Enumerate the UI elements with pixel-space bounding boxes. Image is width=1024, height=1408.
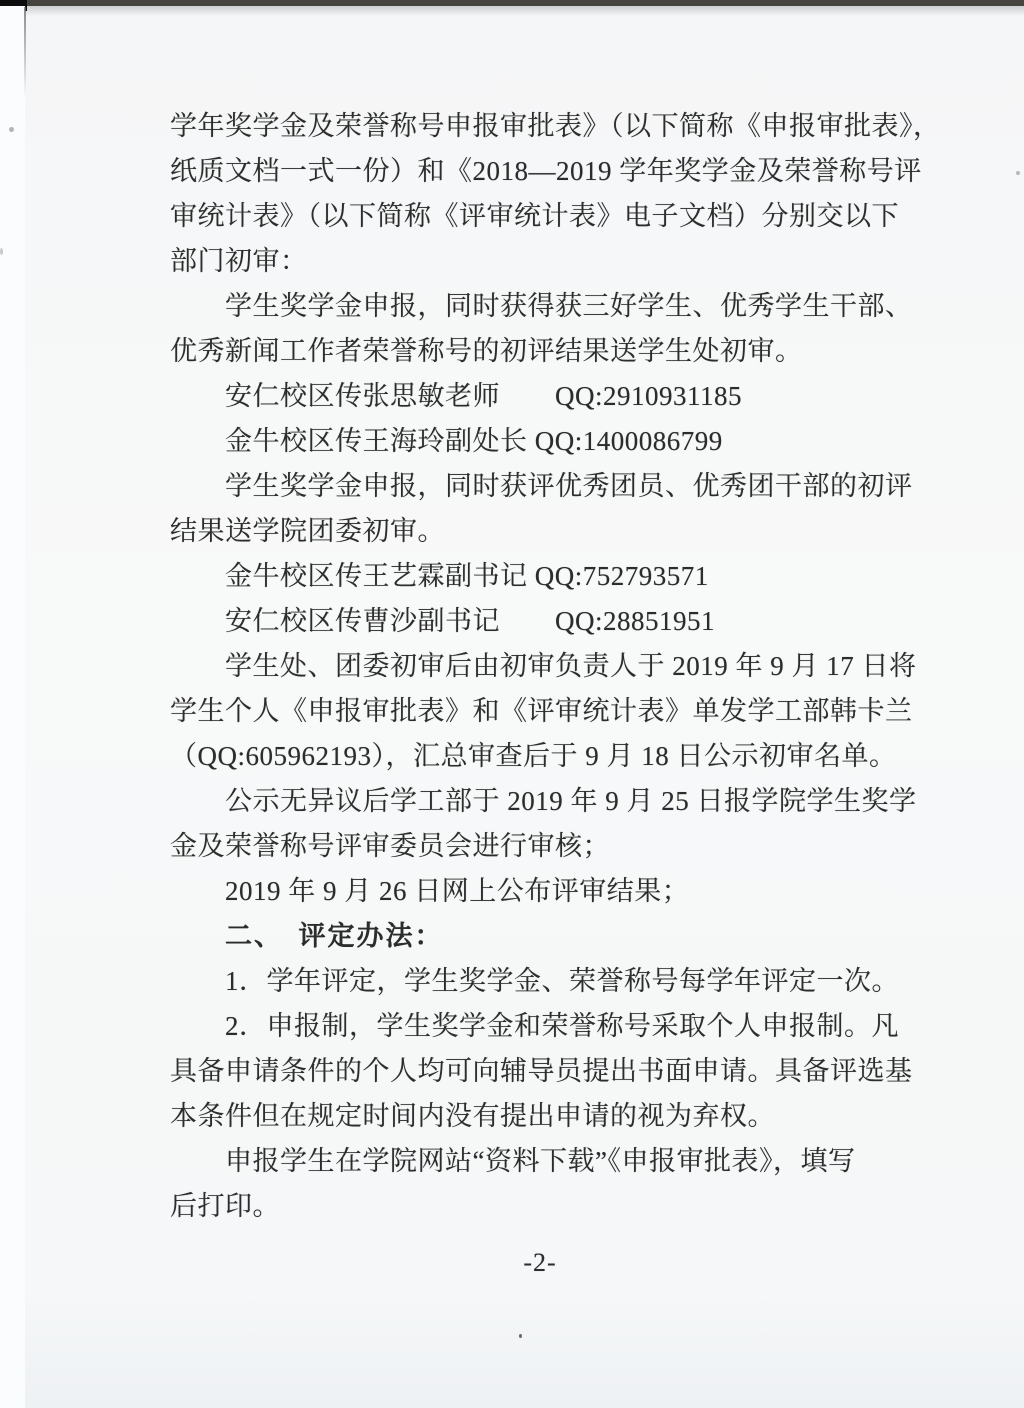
text-line: 审统计表》（以下简称《评审统计表》电子文档）分别交以下 [170,194,930,239]
scan-speck [0,248,3,255]
text-line: 学年奖学金及荣誉称号申报审批表》（以下简称《申报审批表》， [170,104,930,149]
text-line: 优秀新闻工作者荣誉称号的初评结果送学生处初审。 [170,329,930,374]
scan-speck [519,1334,522,1338]
scan-speck [1016,171,1020,175]
text-line: 学生奖学金申报，同时获得获三好学生、优秀学生干部、 [170,284,930,329]
text-line: 后打印。 [170,1184,930,1229]
text-line: 金牛校区传王海玲副处长 QQ:1400086799 [170,419,930,464]
text-line: 具备申请条件的个人均可向辅导员提出书面申请。具备评选基 [170,1049,930,1094]
text-line: 部门初审： [170,239,930,284]
scan-edge-shadow [0,6,1024,16]
text-line: 金及荣誉称号评审委员会进行审核； [170,824,930,869]
text-line: 申报学生在学院网站“资料下载”《申报审批表》，填写 [170,1139,930,1184]
text-line: 二、 评定办法： [170,914,930,959]
text-line: 纸质文档一式一份）和《2018—2019 学年奖学金及荣誉称号评 [170,149,930,194]
text-line: 1．学年评定，学生奖学金、荣誉称号每学年评定一次。 [170,959,930,1004]
text-line: 2019 年 9 月 26 日网上公布评审结果； [170,869,930,914]
text-line: （QQ:605962193），汇总审查后于 9 月 18 日公示初审名单。 [170,734,930,779]
scan-speck [296,492,300,496]
text-line: 安仁校区传曹沙副书记 QQ:28851951 [170,599,930,644]
page-number: -2- [170,1248,910,1278]
scanned-page: 学年奖学金及荣誉称号申报审批表》（以下简称《申报审批表》，纸质文档一式一份）和《… [0,0,1024,1408]
text-line: 本条件但在规定时间内没有提出申请的视为弃权。 [170,1094,930,1139]
text-line: 结果送学院团委初审。 [170,509,930,554]
text-line: 学生处、团委初审后由初审负责人于 2019 年 9 月 17 日将 [170,644,930,689]
text-line: 2．申报制，学生奖学金和荣誉称号采取个人申报制。凡 [170,1004,930,1049]
document-body: 学年奖学金及荣誉称号申报审批表》（以下简称《申报审批表》，纸质文档一式一份）和《… [170,104,930,1229]
text-line: 学生奖学金申报，同时获评优秀团员、优秀团干部的初评 [170,464,930,509]
text-line: 安仁校区传张思敏老师 QQ:2910931185 [170,374,930,419]
scan-speck [9,127,14,132]
text-line: 金牛校区传王艺霖副书记 QQ:752793571 [170,554,930,599]
text-line: 学生个人《申报审批表》和《评审统计表》单发学工部韩卡兰 [170,689,930,734]
scan-margin-strip [0,6,25,1408]
text-line: 公示无异议后学工部于 2019 年 9 月 25 日报学院学生奖学 [170,779,930,824]
scan-fold-line [24,7,26,97]
